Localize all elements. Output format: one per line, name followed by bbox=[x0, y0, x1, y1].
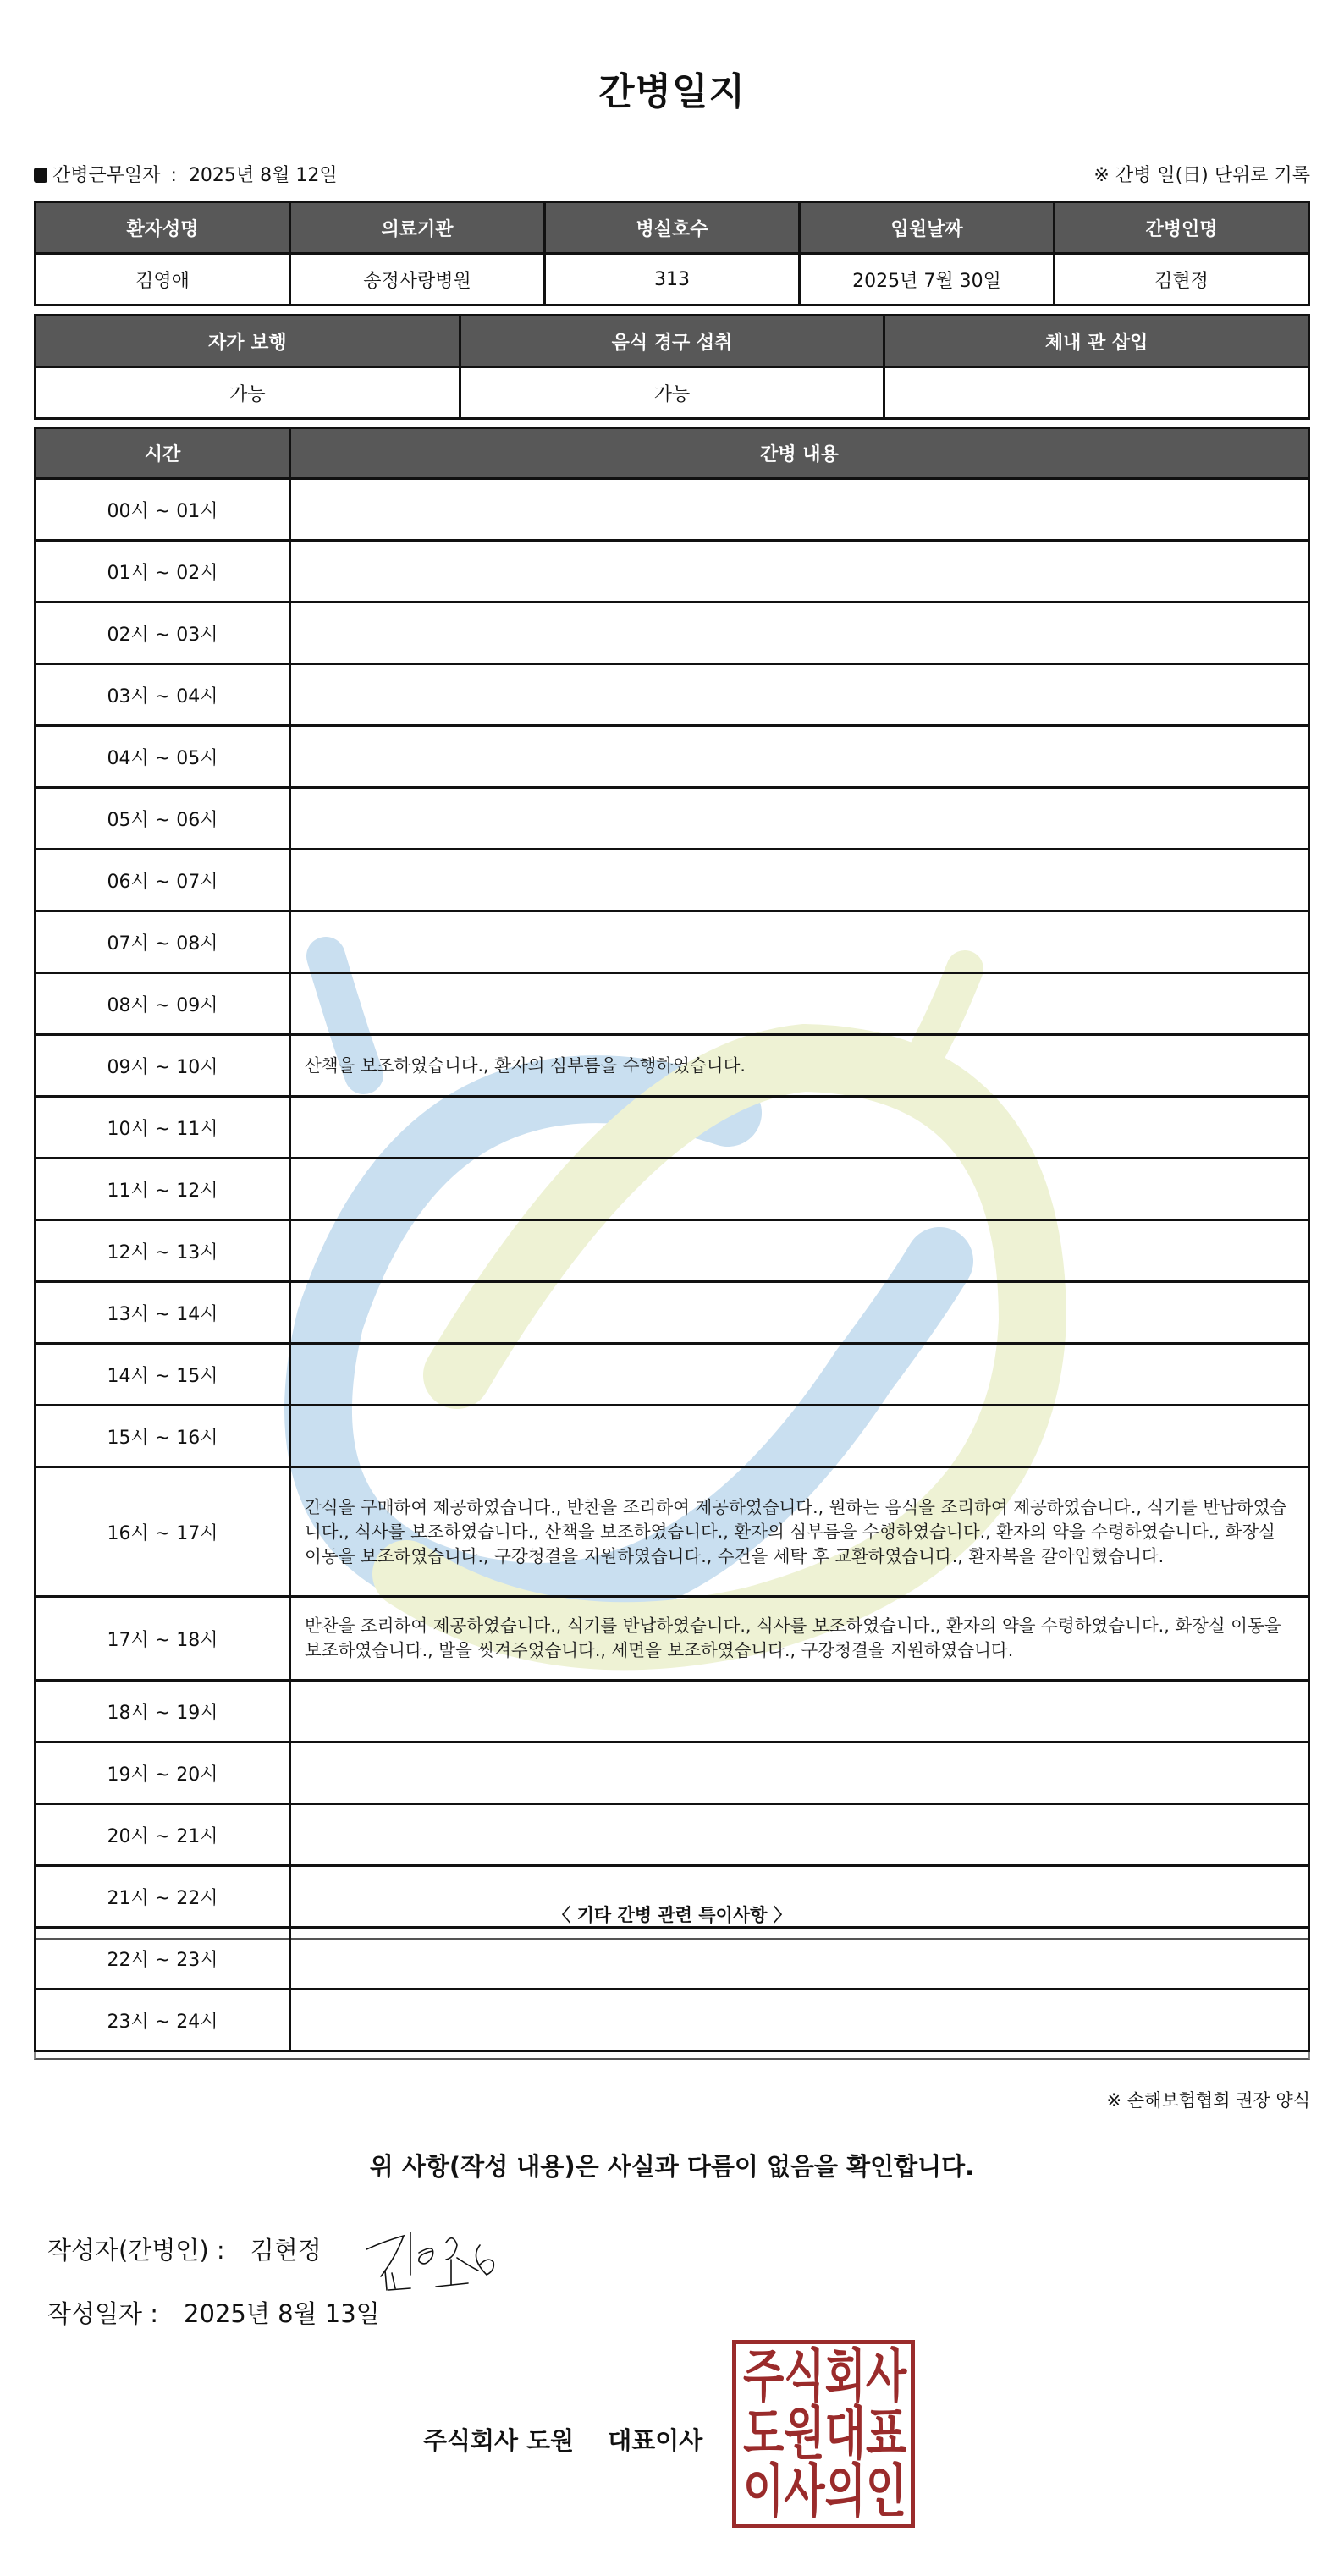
care-content-cell bbox=[290, 973, 1309, 1035]
care-content-cell bbox=[290, 726, 1309, 788]
time-slot: 07시 ~ 08시 bbox=[36, 911, 290, 973]
time-slot: 06시 ~ 07시 bbox=[36, 850, 290, 911]
care-content-cell bbox=[290, 1681, 1309, 1742]
care-content-cell bbox=[290, 541, 1309, 603]
table-row: 15시 ~ 16시 bbox=[36, 1406, 1309, 1467]
self-walking-value: 가능 bbox=[36, 367, 460, 419]
patient-info-header-row: 환자성명 의료기관 병실호수 입원날짜 간병인명 bbox=[36, 202, 1309, 254]
header-hospital: 의료기관 bbox=[290, 202, 545, 254]
table-row: 05시 ~ 06시 bbox=[36, 788, 1309, 850]
time-slot: 14시 ~ 15시 bbox=[36, 1344, 290, 1406]
care-content-cell bbox=[290, 1344, 1309, 1406]
table-row: 04시 ~ 05시 bbox=[36, 726, 1309, 788]
seal-character: 사 bbox=[784, 2452, 824, 2530]
care-content-cell bbox=[290, 1097, 1309, 1159]
work-date-separator: : bbox=[171, 165, 177, 186]
table-row: 02시 ~ 03시 bbox=[36, 603, 1309, 664]
time-slot: 21시 ~ 22시 bbox=[36, 1866, 290, 1928]
writer-label: 작성자(간병인) : bbox=[47, 2236, 225, 2265]
care-content-cell: 산책을 보조하였습니다., 환자의 심부름을 수행하였습니다. bbox=[290, 1035, 1309, 1097]
table-row: 11시 ~ 12시 bbox=[36, 1159, 1309, 1220]
oral-intake-value: 가능 bbox=[460, 367, 884, 419]
time-slot: 15시 ~ 16시 bbox=[36, 1406, 290, 1467]
care-content-cell bbox=[290, 1804, 1309, 1866]
admission-date: 2025년 7월 30일 bbox=[800, 254, 1055, 305]
table-row: 12시 ~ 13시 bbox=[36, 1220, 1309, 1282]
time-slot: 04시 ~ 05시 bbox=[36, 726, 290, 788]
hospital-name: 송정사랑병원 bbox=[290, 254, 545, 305]
time-slot: 18시 ~ 19시 bbox=[36, 1681, 290, 1742]
header-care-content: 간병 내용 bbox=[290, 428, 1309, 479]
header-admission-date: 입원날짜 bbox=[800, 202, 1055, 254]
care-content-cell bbox=[290, 911, 1309, 973]
table-row: 17시 ~ 18시반찬을 조리하여 제공하였습니다., 식기를 반납하였습니다.… bbox=[36, 1597, 1309, 1681]
table-row: 18시 ~ 19시 bbox=[36, 1681, 1309, 1742]
confirmation-statement: 위 사항(작성 내용)은 사실과 다름이 없음을 확인합니다. bbox=[0, 2148, 1344, 2182]
table-row: 03시 ~ 04시 bbox=[36, 664, 1309, 726]
time-slot: 03시 ~ 04시 bbox=[36, 664, 290, 726]
table-row: 01시 ~ 02시 bbox=[36, 541, 1309, 603]
company-name: 주식회사 도원 bbox=[423, 2426, 574, 2455]
patient-status-table: 자가 보행 음식 경구 섭취 체내 관 삽입 가능 가능 bbox=[34, 314, 1310, 420]
time-slot: 13시 ~ 14시 bbox=[36, 1282, 290, 1344]
work-date-label: 간병근무일자 bbox=[52, 165, 161, 186]
table-row: 08시 ~ 09시 bbox=[36, 973, 1309, 1035]
table-row: 00시 ~ 01시 bbox=[36, 479, 1309, 541]
header-patient-name: 환자성명 bbox=[36, 202, 290, 254]
header-self-walking: 자가 보행 bbox=[36, 316, 460, 367]
seal-character: 의 bbox=[825, 2452, 866, 2530]
care-log-header-row: 시간 간병 내용 bbox=[36, 428, 1309, 479]
care-content-cell bbox=[290, 850, 1309, 911]
header-oral-intake: 음식 경구 섭취 bbox=[460, 316, 884, 367]
header-tube-insertion: 체내 관 삽입 bbox=[884, 316, 1309, 367]
care-content-cell: 간식을 구매하여 제공하였습니다., 반찬을 조리하여 제공하였습니다., 원하… bbox=[290, 1467, 1309, 1597]
patient-info-table: 환자성명 의료기관 병실호수 입원날짜 간병인명 김영애 송정사랑병원 313 … bbox=[34, 201, 1310, 306]
work-date-line: 간병근무일자:2025년 8월 12일 bbox=[34, 161, 338, 187]
tube-insertion-value bbox=[884, 367, 1309, 419]
caregiver-name: 김현정 bbox=[1055, 254, 1309, 305]
writer-line: 작성자(간병인) :김현정 bbox=[47, 2232, 322, 2266]
handwritten-signature-icon bbox=[351, 2224, 504, 2296]
page-title: 간병일지 bbox=[0, 61, 1344, 115]
care-content-cell bbox=[290, 1866, 1309, 1928]
form-source-note: ※ 손해보험협회 권장 양식 bbox=[1107, 2087, 1310, 2112]
square-bullet-icon bbox=[34, 168, 47, 183]
written-date-line: 작성일자 :2025년 8월 13일 bbox=[47, 2295, 380, 2330]
company-signatory: 주식회사 도원대표이사 bbox=[423, 2422, 702, 2457]
table-row: 19시 ~ 20시 bbox=[36, 1742, 1309, 1804]
table-row: 13시 ~ 14시 bbox=[36, 1282, 1309, 1344]
care-content-cell bbox=[290, 788, 1309, 850]
table-row: 09시 ~ 10시산책을 보조하였습니다., 환자의 심부름을 수행하였습니다. bbox=[36, 1035, 1309, 1097]
patient-name: 김영애 bbox=[36, 254, 290, 305]
time-slot: 22시 ~ 23시 bbox=[36, 1928, 290, 1990]
care-content-cell: 반찬을 조리하여 제공하였습니다., 식기를 반납하였습니다., 식사를 보조하… bbox=[290, 1597, 1309, 1681]
room-number: 313 bbox=[545, 254, 800, 305]
care-content-cell bbox=[290, 479, 1309, 541]
time-slot: 10시 ~ 11시 bbox=[36, 1097, 290, 1159]
time-slot: 23시 ~ 24시 bbox=[36, 1990, 290, 2051]
care-content-cell bbox=[290, 1159, 1309, 1220]
status-header-row: 자가 보행 음식 경구 섭취 체내 관 삽입 bbox=[36, 316, 1309, 367]
time-slot: 11시 ~ 12시 bbox=[36, 1159, 290, 1220]
table-row: 07시 ~ 08시 bbox=[36, 911, 1309, 973]
seal-character: 인 bbox=[866, 2452, 906, 2530]
status-value-row: 가능 가능 bbox=[36, 367, 1309, 419]
table-row: 21시 ~ 22시 bbox=[36, 1866, 1309, 1928]
care-content-cell bbox=[290, 1742, 1309, 1804]
table-row: 22시 ~ 23시 bbox=[36, 1928, 1309, 1990]
care-content-cell bbox=[290, 1928, 1309, 1990]
care-content-cell bbox=[290, 1406, 1309, 1467]
table-row: 20시 ~ 21시 bbox=[36, 1804, 1309, 1866]
work-date-value: 2025년 8월 12일 bbox=[189, 165, 338, 186]
time-slot: 08시 ~ 09시 bbox=[36, 973, 290, 1035]
time-slot: 20시 ~ 21시 bbox=[36, 1804, 290, 1866]
header-caregiver-name: 간병인명 bbox=[1055, 202, 1309, 254]
care-content-cell bbox=[290, 1990, 1309, 2051]
written-date-label: 작성일자 : bbox=[47, 2299, 158, 2328]
written-date-value: 2025년 8월 13일 bbox=[184, 2299, 380, 2328]
patient-info-value-row: 김영애 송정사랑병원 313 2025년 7월 30일 김현정 bbox=[36, 254, 1309, 305]
time-slot: 19시 ~ 20시 bbox=[36, 1742, 290, 1804]
time-slot: 05시 ~ 06시 bbox=[36, 788, 290, 850]
unit-note: ※ 간병 일(日) 단위로 기록 bbox=[1093, 161, 1310, 187]
writer-name: 김현정 bbox=[251, 2236, 322, 2265]
care-content-cell bbox=[290, 1220, 1309, 1282]
header-room-number: 병실호수 bbox=[545, 202, 800, 254]
time-slot: 16시 ~ 17시 bbox=[36, 1467, 290, 1597]
table-row: 16시 ~ 17시간식을 구매하여 제공하였습니다., 반찬을 조리하여 제공하… bbox=[36, 1467, 1309, 1597]
care-content-cell bbox=[290, 664, 1309, 726]
care-log-table: 시간 간병 내용 00시 ~ 01시01시 ~ 02시02시 ~ 03시03시 … bbox=[34, 427, 1310, 2052]
time-slot: 09시 ~ 10시 bbox=[36, 1035, 290, 1097]
time-slot: 00시 ~ 01시 bbox=[36, 479, 290, 541]
care-content-cell bbox=[290, 1282, 1309, 1344]
time-slot: 17시 ~ 18시 bbox=[36, 1597, 290, 1681]
company-seal-stamp: 주식회사도원대표이사의인 bbox=[732, 2340, 915, 2528]
company-role: 대표이사 bbox=[608, 2426, 702, 2455]
care-content-cell bbox=[290, 603, 1309, 664]
table-row: 23시 ~ 24시 bbox=[36, 1990, 1309, 2051]
seal-character: 이 bbox=[743, 2452, 784, 2530]
header-time: 시간 bbox=[36, 428, 290, 479]
time-slot: 12시 ~ 13시 bbox=[36, 1220, 290, 1282]
table-row: 06시 ~ 07시 bbox=[36, 850, 1309, 911]
table-row: 14시 ~ 15시 bbox=[36, 1344, 1309, 1406]
table-row: 10시 ~ 11시 bbox=[36, 1097, 1309, 1159]
time-slot: 02시 ~ 03시 bbox=[36, 603, 290, 664]
time-slot: 01시 ~ 02시 bbox=[36, 541, 290, 603]
